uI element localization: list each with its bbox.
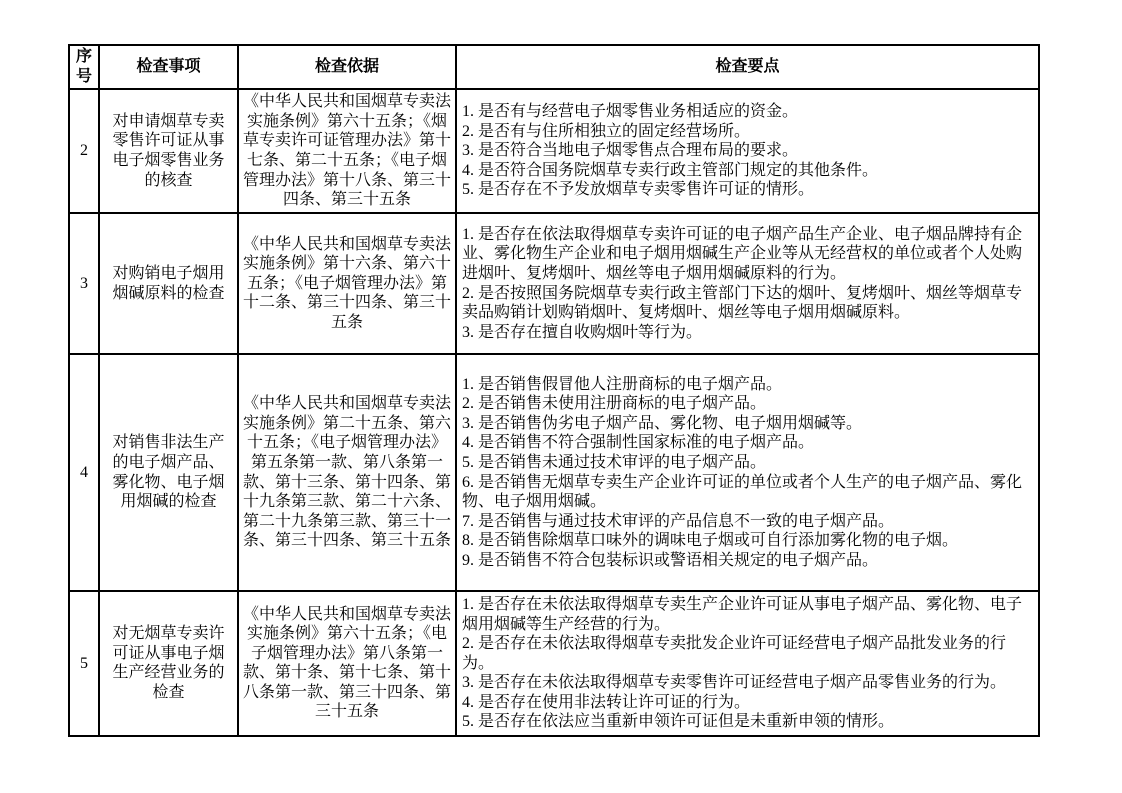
point-line: 1. 是否存在依法取得烟草专卖许可证的电子烟产品生产企业、电子烟品牌持有企业、雾… [462,225,1032,284]
header-basis: 检查依据 [238,45,456,89]
cell-seq: 2 [69,89,99,213]
point-line: 8. 是否销售除烟草口味外的调味电子烟或可自行添加雾化物的电子烟。 [462,531,1032,551]
point-line: 4. 是否销售不符合强制性国家标准的电子烟产品。 [462,433,1032,453]
point-line: 4. 是否符合国务院烟草专卖行政主管部门规定的其他条件。 [462,161,1032,181]
table-row: 5 对无烟草专卖许可证从事电子烟生产经营业务的检查 《中华人民共和国烟草专卖法实… [69,591,1039,736]
cell-item: 对销售非法生产的电子烟产品、雾化物、电子烟用烟碱的检查 [99,354,238,591]
point-line: 1. 是否销售假冒他人注册商标的电子烟产品。 [462,375,1032,395]
table-row: 2 对申请烟草专卖零售许可证从事电子烟零售业务的核查 《中华人民共和国烟草专卖法… [69,89,1039,213]
cell-basis: 《中华人民共和国烟草专卖法实施条例》第十六条、第六十五条；《电子烟管理办法》第十… [238,213,456,354]
cell-seq: 5 [69,591,99,736]
point-line: 1. 是否有与经营电子烟零售业务相适应的资金。 [462,102,1032,122]
header-seq: 序号 [69,45,99,89]
cell-points: 1. 是否存在未依法取得烟草专卖生产企业许可证从事电子烟产品、雾化物、电子烟用烟… [456,591,1039,736]
point-line: 3. 是否符合当地电子烟零售点合理布局的要求。 [462,141,1032,161]
inspection-table: 序号 检查事项 检查依据 检查要点 2 对申请烟草专卖零售许可证从事电子烟零售业… [68,44,1040,737]
point-line: 1. 是否存在未依法取得烟草专卖生产企业许可证从事电子烟产品、雾化物、电子烟用烟… [462,595,1032,634]
cell-item: 对购销电子烟用烟碱原料的检查 [99,213,238,354]
point-line: 7. 是否销售与通过技术审评的产品信息不一致的电子烟产品。 [462,512,1032,532]
point-line: 3. 是否存在未依法取得烟草专卖零售许可证经营电子烟产品零售业务的行为。 [462,673,1032,693]
cell-basis: 《中华人民共和国烟草专卖法实施条例》第二十五条、第六十五条；《电子烟管理办法》第… [238,354,456,591]
point-line: 2. 是否按照国务院烟草专卖行政主管部门下达的烟叶、复烤烟叶、烟丝等烟草专卖品购… [462,284,1032,323]
cell-item: 对申请烟草专卖零售许可证从事电子烟零售业务的核查 [99,89,238,213]
point-line: 3. 是否存在擅自收购烟叶等行为。 [462,323,1032,343]
header-item: 检查事项 [99,45,238,89]
point-line: 4. 是否存在使用非法转让许可证的行为。 [462,693,1032,713]
table-row: 3 对购销电子烟用烟碱原料的检查 《中华人民共和国烟草专卖法实施条例》第十六条、… [69,213,1039,354]
document-page: 序号 检查事项 检查依据 检查要点 2 对申请烟草专卖零售许可证从事电子烟零售业… [0,0,1122,793]
cell-seq: 3 [69,213,99,354]
cell-item: 对无烟草专卖许可证从事电子烟生产经营业务的检查 [99,591,238,736]
point-line: 9. 是否销售不符合包装标识或警语相关规定的电子烟产品。 [462,551,1032,571]
cell-points: 1. 是否销售假冒他人注册商标的电子烟产品。 2. 是否销售未使用注册商标的电子… [456,354,1039,591]
point-line: 3. 是否销售伪劣电子烟产品、雾化物、电子烟用烟碱等。 [462,414,1032,434]
cell-basis: 《中华人民共和国烟草专卖法实施条例》第六十五条；《电子烟管理办法》第八条第一款、… [238,591,456,736]
point-line: 2. 是否有与住所相独立的固定经营场所。 [462,122,1032,142]
point-line: 6. 是否销售无烟草专卖生产企业许可证的单位或者个人生产的电子烟产品、雾化物、电… [462,473,1032,512]
cell-seq: 4 [69,354,99,591]
point-line: 2. 是否销售未使用注册商标的电子烟产品。 [462,394,1032,414]
header-points: 检查要点 [456,45,1039,89]
cell-points: 1. 是否有与经营电子烟零售业务相适应的资金。 2. 是否有与住所相独立的固定经… [456,89,1039,213]
table-row: 4 对销售非法生产的电子烟产品、雾化物、电子烟用烟碱的检查 《中华人民共和国烟草… [69,354,1039,591]
point-line: 5. 是否销售未通过技术审评的电子烟产品。 [462,453,1032,473]
cell-basis: 《中华人民共和国烟草专卖法实施条例》第六十五条；《烟草专卖许可证管理办法》第十七… [238,89,456,213]
point-line: 2. 是否存在未依法取得烟草专卖批发企业许可证经营电子烟产品批发业务的行为。 [462,634,1032,673]
table-header-row: 序号 检查事项 检查依据 检查要点 [69,45,1039,89]
point-line: 5. 是否存在依法应当重新申领许可证但是未重新申领的情形。 [462,712,1032,732]
cell-points: 1. 是否存在依法取得烟草专卖许可证的电子烟产品生产企业、电子烟品牌持有企业、雾… [456,213,1039,354]
point-line: 5. 是否存在不予发放烟草专卖零售许可证的情形。 [462,180,1032,200]
